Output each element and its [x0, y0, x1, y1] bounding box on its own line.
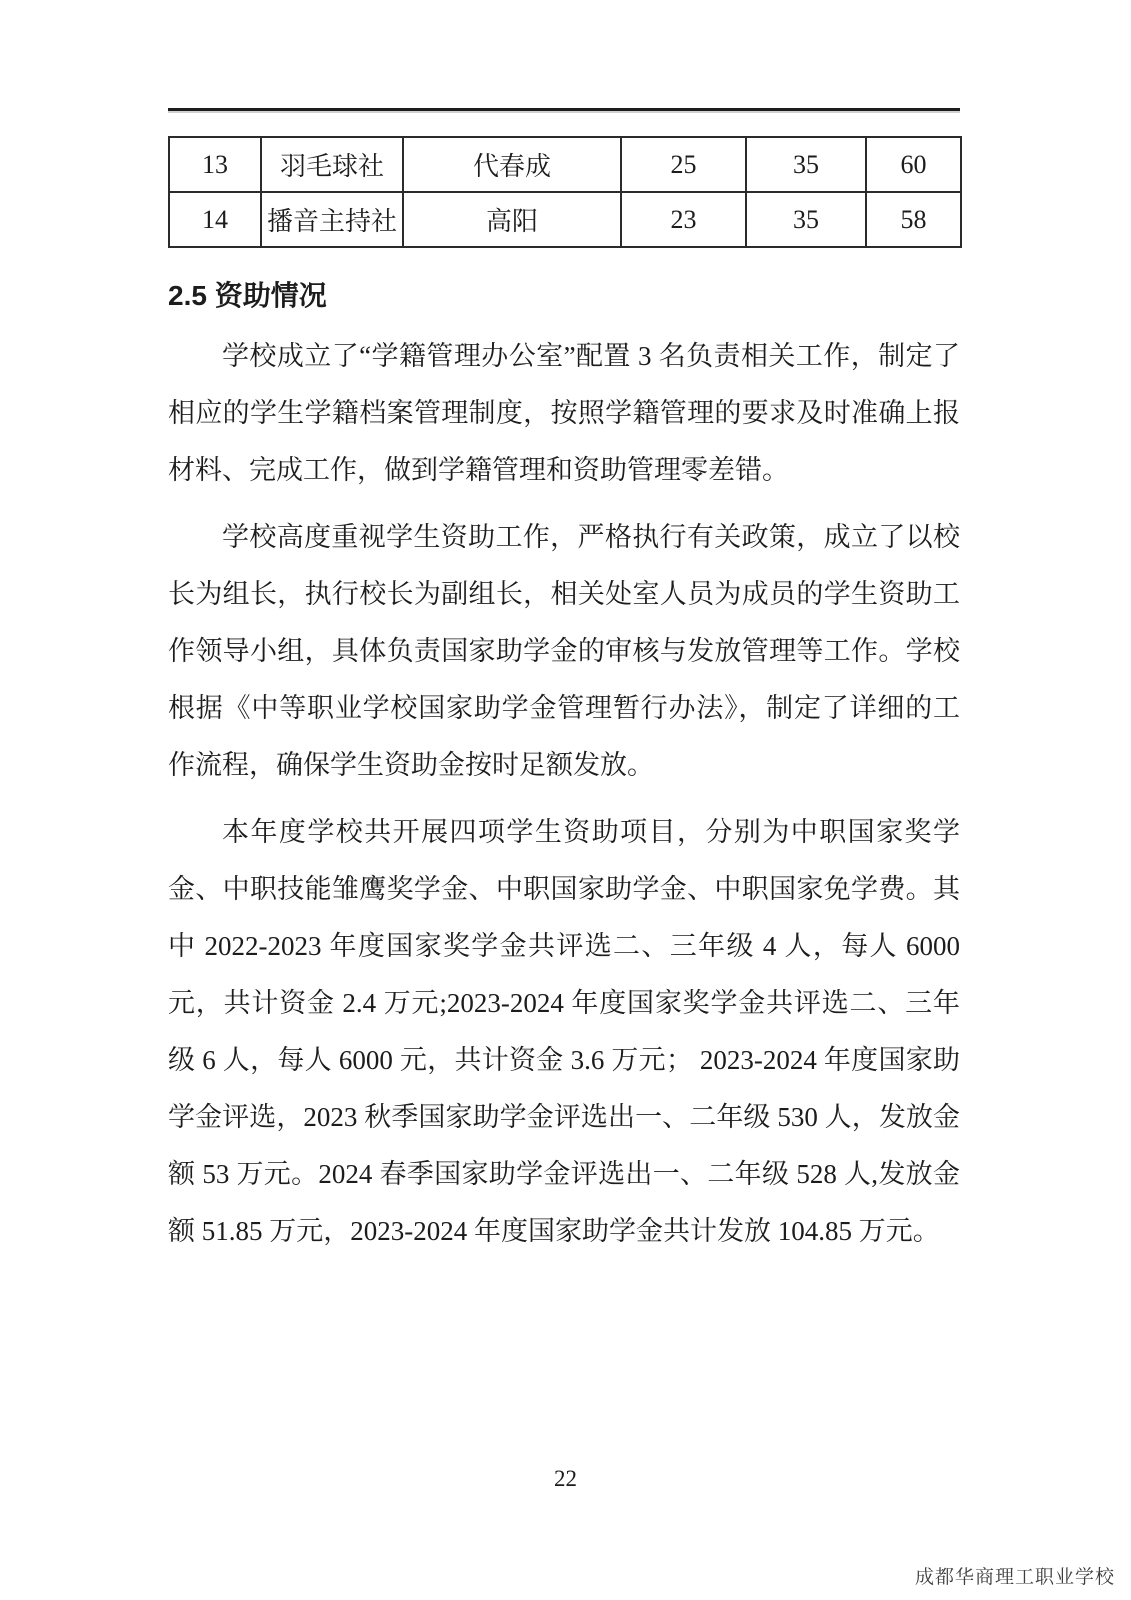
document-page: 13 羽毛球社 代春成 25 35 60 14 播音主持社 高阳 23 35 5…	[0, 0, 1131, 1600]
cell-count-1: 25	[621, 137, 746, 192]
table-row: 13 羽毛球社 代春成 25 35 60	[169, 137, 961, 192]
watermark-text: 成都华商理工职业学校	[915, 1562, 1115, 1589]
cell-leader-name: 高阳	[403, 192, 621, 247]
table-row: 14 播音主持社 高阳 23 35 58	[169, 192, 961, 247]
cell-leader-name: 代春成	[403, 137, 621, 192]
clubs-table: 13 羽毛球社 代春成 25 35 60 14 播音主持社 高阳 23 35 5…	[168, 136, 962, 248]
cell-count-3: 60	[866, 137, 961, 192]
cell-club-name: 播音主持社	[261, 192, 403, 247]
header-rule	[168, 108, 960, 111]
section-heading: 2.5 资助情况	[168, 278, 960, 314]
cell-club-name: 羽毛球社	[261, 137, 403, 192]
cell-count-1: 23	[621, 192, 746, 247]
paragraph-aid-programs: 本年度学校共开展四项学生资助项目，分别为中职国家奖学金、中职技能雏鹰奖学金、中职…	[168, 804, 960, 1260]
cell-count-2: 35	[746, 137, 866, 192]
cell-count-2: 35	[746, 192, 866, 247]
content-column: 13 羽毛球社 代春成 25 35 60 14 播音主持社 高阳 23 35 5…	[168, 0, 960, 1270]
cell-row-number: 14	[169, 192, 261, 247]
paragraph-aid-leadership: 学校高度重视学生资助工作，严格执行有关政策，成立了以校长为组长，执行校长为副组长…	[168, 509, 960, 794]
page-number: 22	[0, 1466, 1131, 1492]
cell-row-number: 13	[169, 137, 261, 192]
cell-count-3: 58	[866, 192, 961, 247]
paragraph-registry-management: 学校成立了“学籍管理办公室”配置 3 名负责相关工作，制定了相应的学生学籍档案管…	[168, 328, 960, 499]
